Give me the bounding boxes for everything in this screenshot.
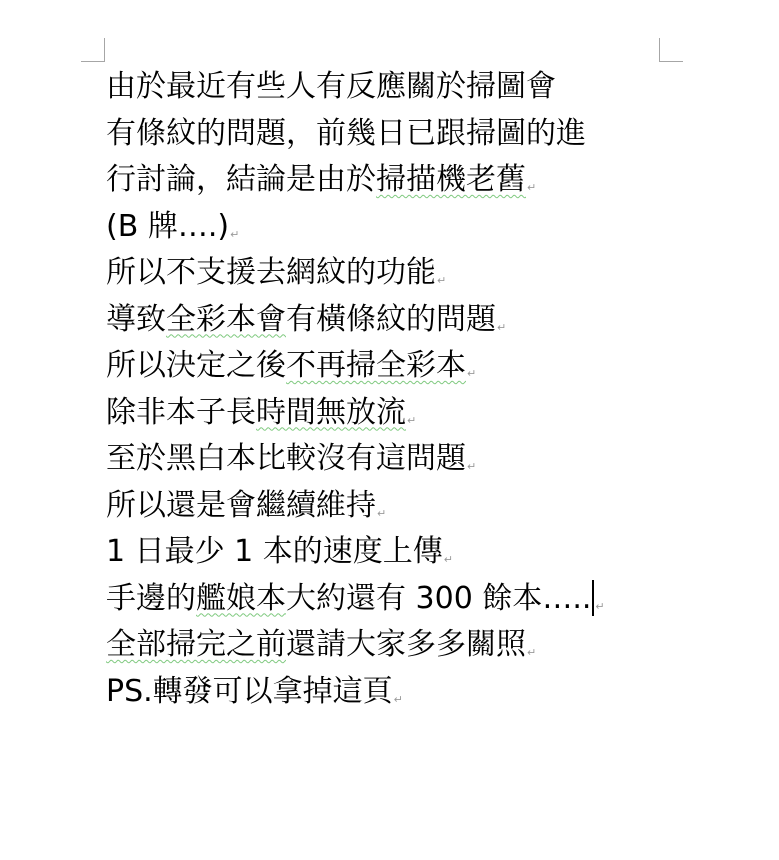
margin-corner-top-right — [659, 38, 683, 62]
paragraph-mark-icon: ↵ — [377, 507, 386, 520]
paragraph-mark-icon: ↵ — [437, 274, 446, 287]
document-page[interactable]: 由於最近有些人有反應關於掃圖會有條紋的問題，前幾日已跟掃圖的進行討論，結論是由於… — [0, 0, 779, 860]
text-segment: 1 日最少 1 本的速度上傳 — [106, 534, 443, 569]
text-segment: 至於黑白本比較沒有這問題 — [106, 441, 466, 476]
margin-corner-top-left — [81, 38, 105, 62]
text-segment: 有條紋的問題，前幾日已跟掃圖的進 — [106, 116, 586, 151]
text-segment: 有橫條紋的問題 — [286, 302, 496, 337]
spelling-flagged-text: 全部掃完之前 — [106, 627, 286, 662]
paragraph-mark-icon: ↵ — [527, 181, 536, 194]
paragraph-mark-icon: ↵ — [230, 228, 239, 241]
paragraph-mark-icon: ↵ — [497, 321, 506, 334]
text-line[interactable]: 手邊的艦娘本大約還有 300 餘本…..↵ — [106, 576, 706, 623]
spelling-flagged-text: 掃描機老舊 — [376, 162, 526, 197]
text-line[interactable]: 導致全彩本會有橫條紋的問題↵ — [106, 297, 706, 344]
text-line[interactable]: 有條紋的問題，前幾日已跟掃圖的進 — [106, 111, 706, 158]
spelling-flagged-text: 時間無放流 — [256, 395, 406, 430]
text-line[interactable]: 由於最近有些人有反應關於掃圖會 — [106, 64, 706, 111]
text-segment: 除非本子長 — [106, 395, 256, 430]
text-segment: 還請大家多多關照 — [286, 627, 526, 662]
text-segment: 由於最近有些人有反應關於掃圖會 — [106, 69, 556, 104]
text-line[interactable]: 所以決定之後不再掃全彩本↵ — [106, 343, 706, 390]
text-line[interactable]: 1 日最少 1 本的速度上傳↵ — [106, 529, 706, 576]
spelling-flagged-text: 艦娘本 — [196, 581, 286, 616]
paragraph-mark-icon: ↵ — [407, 414, 416, 427]
text-segment: PS.轉發可以拿掉這頁 — [106, 674, 393, 709]
paragraph-mark-icon: ↵ — [444, 553, 453, 566]
text-line[interactable]: 所以不支援去網紋的功能↵ — [106, 250, 706, 297]
paragraph-mark-icon: ↵ — [467, 367, 476, 380]
text-line[interactable]: 行討論，結論是由於掃描機老舊↵ — [106, 157, 706, 204]
spelling-flagged-text: 全彩本會 — [166, 302, 286, 337]
text-segment: 大約還有 300 餘本….. — [286, 581, 591, 616]
text-line[interactable]: 除非本子長時間無放流↵ — [106, 390, 706, 437]
text-line[interactable]: 全部掃完之前還請大家多多關照↵ — [106, 622, 706, 669]
text-line[interactable]: 所以還是會繼續維持↵ — [106, 483, 706, 530]
text-line[interactable]: PS.轉發可以拿掉這頁↵ — [106, 669, 706, 716]
text-segment: 所以還是會繼續維持 — [106, 488, 376, 523]
text-segment: 所以不支援去網紋的功能 — [106, 255, 436, 290]
text-segment: 行討論，結論是由於 — [106, 162, 376, 197]
text-segment: 所以決定之後 — [106, 348, 286, 383]
text-segment: (B 牌….) — [106, 209, 229, 244]
paragraph-mark-icon: ↵ — [595, 600, 604, 613]
spelling-flagged-text: 不再掃全彩本 — [286, 348, 466, 383]
text-line[interactable]: (B 牌….)↵ — [106, 204, 706, 251]
paragraph-mark-icon: ↵ — [527, 646, 536, 659]
paragraph-mark-icon: ↵ — [394, 693, 403, 706]
text-line[interactable]: 至於黑白本比較沒有這問題↵ — [106, 436, 706, 483]
text-segment: 導致 — [106, 302, 166, 337]
document-body[interactable]: 由於最近有些人有反應關於掃圖會有條紋的問題，前幾日已跟掃圖的進行討論，結論是由於… — [106, 64, 706, 715]
text-segment: 手邊的 — [106, 581, 196, 616]
paragraph-mark-icon: ↵ — [467, 460, 476, 473]
